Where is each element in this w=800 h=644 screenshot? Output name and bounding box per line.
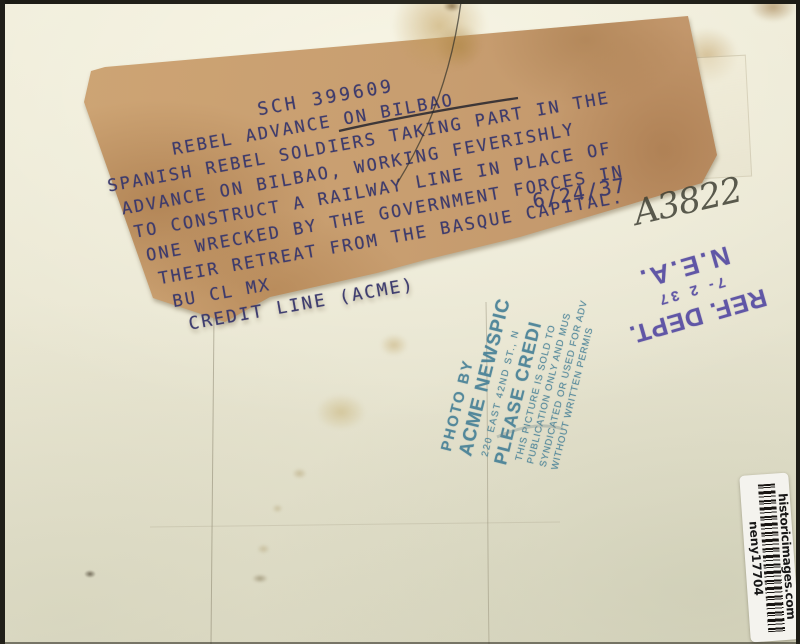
sticker-content: historicimages.com neny17704 bbox=[743, 474, 799, 640]
scan-edge-top bbox=[0, 0, 800, 4]
scan-edge-right bbox=[796, 0, 800, 644]
stain-speck bbox=[257, 544, 270, 554]
barcode-sticker: historicimages.com neny17704 bbox=[739, 472, 800, 642]
dark-speck bbox=[252, 574, 268, 583]
photo-back-scan: PHOTO BY ACME NEWSPIC 220 EAST 42ND ST.,… bbox=[0, 0, 800, 644]
dark-speck bbox=[84, 570, 96, 578]
scan-edge-left bbox=[0, 0, 5, 644]
stain-speck bbox=[272, 504, 283, 513]
glue-stain bbox=[436, 24, 482, 68]
stain-speck bbox=[292, 468, 307, 479]
water-stain bbox=[316, 394, 366, 430]
